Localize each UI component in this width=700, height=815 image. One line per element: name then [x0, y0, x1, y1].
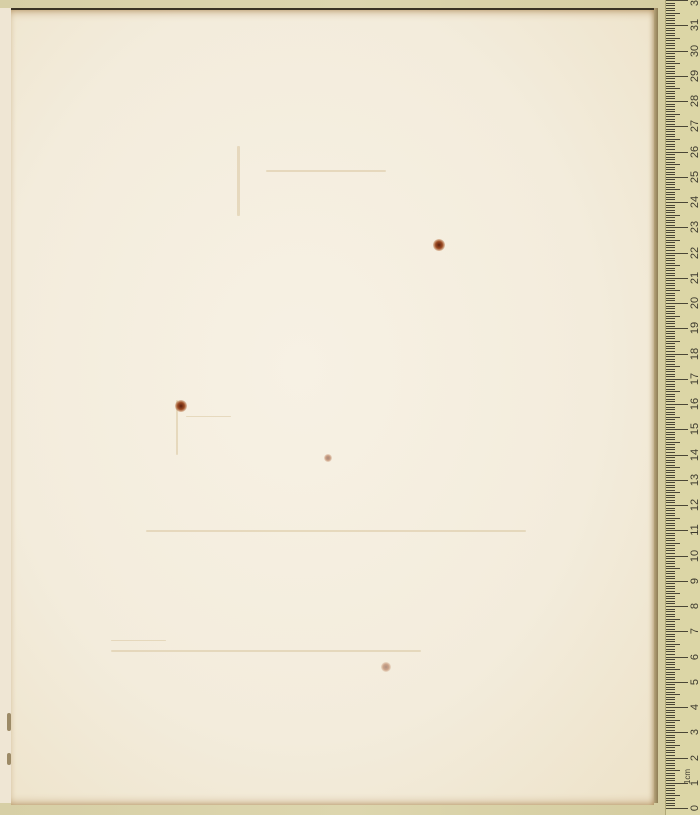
ruler-tick	[666, 25, 688, 26]
ruler-tick	[666, 808, 688, 809]
ruler-tick	[666, 730, 675, 731]
ruler-tick	[666, 356, 675, 357]
ruler-tick	[666, 407, 675, 408]
ruler-tick	[666, 530, 688, 531]
ruler-tick	[666, 578, 675, 579]
ruler-tick	[666, 13, 680, 14]
ruler-tick	[666, 485, 675, 486]
ruler-tick	[666, 745, 680, 746]
ruler-tick	[666, 278, 688, 279]
ruler-tick	[666, 270, 675, 271]
ruler-number: 5	[689, 673, 700, 691]
ruler-tick	[666, 437, 675, 438]
ruler-tick	[666, 523, 675, 524]
ruler-tick	[666, 18, 675, 19]
ruler-tick	[666, 169, 675, 170]
ruler-tick	[666, 126, 688, 127]
ruler-number: 21	[689, 269, 700, 287]
ruler-tick	[666, 515, 675, 516]
ruler-tick	[666, 591, 675, 592]
ruler-tick	[666, 220, 675, 221]
ruler-tick	[666, 621, 675, 622]
ruler-number: 23	[689, 218, 700, 236]
ruler-tick	[666, 659, 675, 660]
ruler-number: 11	[689, 521, 700, 539]
ruler-tick	[666, 765, 675, 766]
ruler-tick	[666, 558, 675, 559]
ruler-tick	[666, 73, 675, 74]
ruler-tick	[666, 154, 675, 155]
ruler-tick	[666, 419, 675, 420]
ruler-tick	[666, 480, 688, 481]
ruler-tick	[666, 689, 675, 690]
ruler-tick	[666, 566, 675, 567]
ruler-tick	[666, 43, 675, 44]
ruler-number: 12	[689, 496, 700, 514]
ruler-tick	[666, 268, 675, 269]
ruler-tick	[666, 800, 675, 801]
ruler-tick	[666, 755, 675, 756]
ruler-number: 26	[689, 143, 700, 161]
ruler-tick	[666, 146, 675, 147]
ruler-tick	[666, 593, 680, 594]
ruler-tick	[666, 116, 675, 117]
ruler-tick	[666, 611, 675, 612]
ruler-tick	[666, 300, 675, 301]
ruler-tick	[666, 455, 688, 456]
ruler-tick	[666, 460, 675, 461]
ruler-tick	[666, 162, 675, 163]
ruler-tick	[666, 394, 675, 395]
foxing-spot	[175, 400, 187, 412]
ruler-tick	[666, 540, 675, 541]
show-through-line	[111, 640, 166, 641]
ruler-tick	[666, 571, 675, 572]
ruler-tick	[666, 217, 675, 218]
show-through-line	[111, 650, 421, 652]
ruler-number: 6	[689, 648, 700, 666]
ruler-tick	[666, 167, 675, 168]
ruler-tick	[666, 83, 675, 84]
ruler-tick	[666, 346, 675, 347]
ruler-tick	[666, 280, 675, 281]
ruler-tick	[666, 674, 675, 675]
ruler-tick	[666, 535, 675, 536]
ruler-tick	[666, 500, 675, 501]
ruler-tick	[666, 197, 675, 198]
ruler-number: 17	[689, 370, 700, 388]
ruler-tick	[666, 803, 675, 804]
ruler-tick	[666, 184, 675, 185]
ruler-tick	[666, 263, 675, 264]
ruler-tick	[666, 136, 675, 137]
ruler-tick	[666, 747, 675, 748]
ruler-tick	[666, 45, 675, 46]
ruler-tick	[666, 550, 675, 551]
ruler-tick	[666, 778, 675, 779]
ruler-tick	[666, 179, 675, 180]
ruler-tick	[666, 0, 688, 1]
ruler-tick	[666, 225, 675, 226]
ruler-tick	[666, 177, 688, 178]
ruler-tick	[666, 646, 675, 647]
ruler-tick	[666, 727, 675, 728]
ruler-tick	[666, 242, 675, 243]
ruler-tick	[666, 790, 675, 791]
ruler-tick	[666, 710, 675, 711]
ruler-tick	[666, 694, 680, 695]
ruler-number: 3	[689, 723, 700, 741]
ruler-tick	[666, 351, 675, 352]
ruler-tick	[666, 354, 688, 355]
ruler-tick	[666, 68, 675, 69]
ruler-tick	[666, 573, 675, 574]
show-through-line	[266, 170, 386, 172]
ruler-number: 19	[689, 319, 700, 337]
ruler-tick	[666, 601, 675, 602]
ruler-tick	[666, 247, 675, 248]
ruler-tick	[666, 636, 675, 637]
ruler-tick	[666, 495, 675, 496]
ruler-tick	[666, 318, 675, 319]
ruler-tick	[666, 399, 675, 400]
ruler-tick	[666, 401, 675, 402]
ruler-tick	[666, 525, 675, 526]
ruler-tick	[666, 520, 675, 521]
ruler-tick	[666, 492, 680, 493]
ruler-tick	[666, 684, 675, 685]
ruler-tick	[666, 331, 675, 332]
show-through-line	[146, 530, 526, 532]
ruler-tick	[666, 227, 688, 228]
ruler-tick	[666, 91, 675, 92]
ruler-tick	[666, 677, 675, 678]
ruler-tick	[666, 750, 675, 751]
ruler-tick	[666, 442, 680, 443]
ruler-tick	[666, 381, 675, 382]
ruler-tick	[666, 348, 675, 349]
ruler-number: 4	[689, 698, 700, 716]
ruler-tick	[666, 717, 675, 718]
ruler-tick	[666, 164, 680, 165]
ruler-tick	[666, 672, 675, 673]
ruler-tick	[666, 631, 688, 632]
ruler-tick	[666, 775, 675, 776]
ruler-tick	[666, 48, 675, 49]
ruler-tick	[666, 10, 675, 11]
ruler-tick	[666, 545, 675, 546]
show-through-line	[237, 146, 240, 216]
ruler-tick	[666, 98, 675, 99]
ruler-tick	[666, 15, 675, 16]
ruler-number: 18	[689, 345, 700, 363]
ruler-tick	[666, 134, 675, 135]
ruler-tick	[666, 548, 675, 549]
ruler-tick	[666, 563, 675, 564]
ruler-tick	[666, 38, 680, 39]
ruler-tick	[666, 439, 675, 440]
ruler-tick	[666, 81, 675, 82]
ruler-tick	[666, 101, 688, 102]
ruler-number: 24	[689, 193, 700, 211]
ruler-tick	[666, 487, 675, 488]
ruler-tick	[666, 763, 675, 764]
ruler-tick	[666, 199, 675, 200]
ruler-tick	[666, 432, 675, 433]
ruler-tick	[666, 313, 675, 314]
ruler-number: 8	[689, 597, 700, 615]
ruler-tick	[666, 341, 680, 342]
ruler-tick	[666, 258, 675, 259]
ruler-tick	[666, 404, 688, 405]
ruler-tick	[666, 205, 675, 206]
show-through-line	[186, 416, 231, 417]
ruler-tick	[666, 311, 675, 312]
ruler-tick	[666, 780, 675, 781]
ruler-tick	[666, 740, 675, 741]
ruler-tick	[666, 260, 675, 261]
ruler-tick	[666, 333, 675, 334]
ruler-tick	[666, 598, 675, 599]
ruler-tick	[666, 722, 675, 723]
ruler-tick	[666, 5, 675, 6]
ruler-tick	[666, 662, 675, 663]
ruler-tick	[666, 447, 675, 448]
ruler-number: 2	[689, 749, 700, 767]
ruler-tick	[666, 470, 675, 471]
ruler-tick	[666, 707, 688, 708]
ruler-tick	[666, 35, 675, 36]
page-edge	[654, 8, 658, 803]
ruler-tick	[666, 805, 675, 806]
ruler-tick	[666, 88, 680, 89]
ruler-tick	[666, 644, 680, 645]
ruler-tick	[666, 553, 675, 554]
ruler-tick	[666, 639, 675, 640]
ruler-number: 30	[689, 42, 700, 60]
ruler-tick	[666, 725, 675, 726]
ruler-tick	[666, 614, 675, 615]
ruler-number: 9	[689, 572, 700, 590]
ruler-tick	[666, 374, 675, 375]
ruler-tick	[666, 207, 675, 208]
ruler-tick	[666, 424, 675, 425]
ruler-tick	[666, 654, 675, 655]
ruler-tick	[666, 56, 675, 57]
ruler-tick	[666, 232, 675, 233]
ruler-tick	[666, 290, 680, 291]
ruler-tick	[666, 482, 675, 483]
ruler-number: 16	[689, 395, 700, 413]
ruler-tick	[666, 376, 675, 377]
ruler-tick	[666, 434, 675, 435]
ruler-tick	[666, 237, 675, 238]
ruler-tick	[666, 742, 675, 743]
foxing-spot	[433, 239, 445, 251]
ruler-tick	[666, 119, 675, 120]
ruler-number: 29	[689, 67, 700, 85]
ruler-tick	[666, 194, 675, 195]
ruler-tick	[666, 538, 675, 539]
ruler-tick	[666, 583, 675, 584]
ruler-tick	[666, 288, 675, 289]
ruler-tick	[666, 386, 675, 387]
ruler-number: 28	[689, 92, 700, 110]
ruler-tick	[666, 737, 675, 738]
ruler-tick	[666, 104, 675, 105]
ruler-tick	[666, 212, 675, 213]
ruler-tick	[666, 793, 675, 794]
ruler-tick	[666, 651, 675, 652]
ruler-tick	[666, 326, 675, 327]
ruler-tick	[666, 298, 675, 299]
ruler-tick	[666, 66, 675, 67]
ruler-tick	[666, 235, 675, 236]
ruler-tick	[666, 429, 688, 430]
ruler-tick	[666, 189, 680, 190]
ruler-tick	[666, 462, 675, 463]
blank-page	[11, 8, 654, 805]
ruler-tick	[666, 230, 675, 231]
ruler-tick	[666, 513, 675, 514]
ruler-tick	[666, 343, 675, 344]
ruler-tick	[666, 477, 675, 478]
ruler-number: 10	[689, 547, 700, 565]
ruler-tick	[666, 682, 688, 683]
ruler-tick	[666, 609, 675, 610]
ruler-tick	[666, 692, 675, 693]
ruler-tick	[666, 384, 675, 385]
ruler-tick	[666, 785, 675, 786]
ruler-tick	[666, 78, 675, 79]
ruler-number: 27	[689, 117, 700, 135]
ruler-tick	[666, 366, 680, 367]
ruler-tick	[666, 371, 675, 372]
ruler-tick	[666, 629, 675, 630]
ruler-tick	[666, 321, 675, 322]
ruler-tick	[666, 303, 688, 304]
ruler-tick	[666, 76, 688, 77]
ruler-tick	[666, 389, 675, 390]
ruler-tick	[666, 93, 675, 94]
ruler-tick	[666, 316, 680, 317]
ruler-tick	[666, 336, 675, 337]
ruler-tick	[666, 556, 688, 557]
ruler-tick	[666, 502, 675, 503]
ruler-tick	[666, 770, 680, 771]
ruler-tick	[666, 669, 680, 670]
ruler-tick	[666, 308, 675, 309]
ruler-tick	[666, 144, 675, 145]
ruler-tick	[666, 275, 675, 276]
ruler-tick	[666, 323, 675, 324]
ruler-tick	[666, 510, 675, 511]
ruler-tick	[666, 508, 675, 509]
ruler-tick	[666, 528, 675, 529]
ruler-tick	[666, 581, 688, 582]
ruler-tick	[666, 699, 675, 700]
ruler-tick	[666, 114, 680, 115]
ruler-tick	[666, 497, 675, 498]
ruler-tick	[666, 697, 675, 698]
ruler-tick	[666, 172, 675, 173]
ruler-tick	[666, 449, 675, 450]
ruler-tick	[666, 139, 680, 140]
ruler-tick	[666, 28, 675, 29]
ruler-tick	[666, 306, 675, 307]
ruler-tick	[666, 152, 688, 153]
ruler-tick	[666, 412, 675, 413]
ruler-tick	[666, 798, 675, 799]
ruler-tick	[666, 182, 675, 183]
ruler-tick	[666, 702, 675, 703]
ruler-tick	[666, 58, 675, 59]
ruler-tick	[666, 30, 675, 31]
ruler-tick	[666, 33, 675, 34]
ruler-tick	[666, 215, 680, 216]
ruler-tick	[666, 603, 675, 604]
ruler-tick	[666, 240, 680, 241]
ruler-tick	[666, 328, 688, 329]
ruler-tick	[666, 641, 675, 642]
ruler-tick	[666, 657, 688, 658]
ruler-tick	[666, 679, 675, 680]
ruler-tick	[666, 720, 680, 721]
ruler-tick	[666, 255, 675, 256]
ruler-number: 31	[689, 16, 700, 34]
ruler-number: 32	[689, 0, 700, 9]
ruler-tick	[666, 649, 675, 650]
ruler-tick	[666, 20, 675, 21]
ruler-tick	[666, 202, 688, 203]
ruler-tick	[666, 40, 675, 41]
ruler-tick	[666, 634, 675, 635]
ruler-tick	[666, 417, 680, 418]
ruler-number: 7	[689, 622, 700, 640]
ruler-tick	[666, 293, 675, 294]
ruler-number: 15	[689, 420, 700, 438]
ruler-tick	[666, 596, 675, 597]
ruler-tick	[666, 283, 675, 284]
ruler-tick	[666, 626, 675, 627]
ruler-tick	[666, 359, 675, 360]
ruler-tick	[666, 129, 675, 130]
ruler-tick	[666, 109, 675, 110]
ruler-tick	[666, 444, 675, 445]
ruler-tick	[666, 616, 675, 617]
ruler-tick	[666, 210, 675, 211]
ruler-tick	[666, 379, 688, 380]
ruler-tick	[666, 222, 675, 223]
ruler-tick	[666, 752, 675, 753]
ruler-tick	[666, 588, 675, 589]
ruler-tick	[666, 452, 675, 453]
ruler-tick	[666, 606, 688, 607]
ruler-tick	[666, 174, 675, 175]
measurement-ruler: 1cm 012345678910111213141516171819202122…	[665, 0, 700, 815]
ruler-tick	[666, 187, 675, 188]
ruler-tick	[666, 8, 675, 9]
ruler-tick	[666, 505, 688, 506]
ruler-tick	[666, 735, 675, 736]
ruler-tick	[666, 245, 675, 246]
ruler-tick	[666, 71, 675, 72]
ruler-tick	[666, 533, 675, 534]
ruler-tick	[666, 86, 675, 87]
ruler-tick	[666, 369, 675, 370]
ruler-tick	[666, 490, 675, 491]
ruler-tick	[666, 338, 675, 339]
